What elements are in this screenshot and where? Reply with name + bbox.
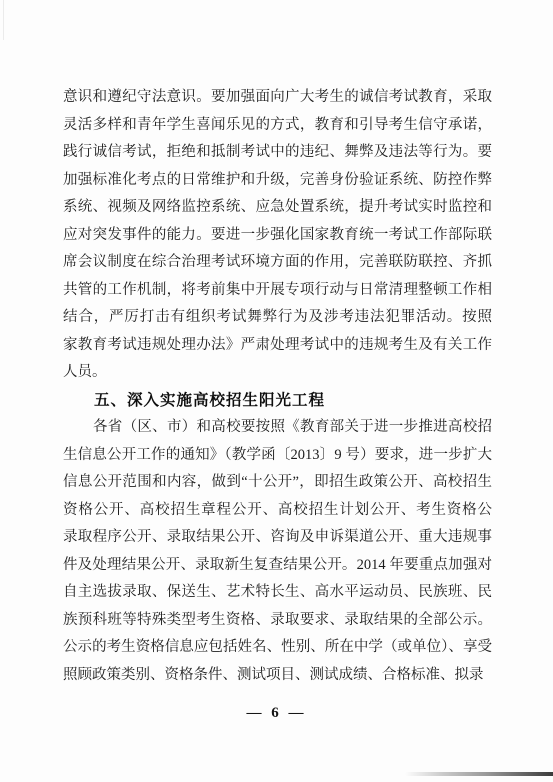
text-line: 自主选拔录取、保送生、艺术特长生、高水平运动员、民族班、民	[63, 579, 492, 607]
text-line: 灵活多样和青年学生喜闻乐见的方式，教育和引导考生信守承诺，	[63, 112, 492, 140]
text-line: 照顾政策类别、资格条件、测试项目、测试成绩、合格标准、拟录	[63, 662, 492, 690]
text-line: 应对突发事件的能力。要进一步强化国家教育统一考试工作部际联	[63, 222, 492, 250]
text-line: 加强标准化考点的日常维护和升级，完善身份验证系统、防控作弊	[63, 167, 492, 195]
text-line: 家教育考试违规处理办法》严肃处理考试中的违规考生及有关工作	[63, 332, 492, 360]
text-line: 系统、视频及网络监控系统、应急处置系统，提升考试实时监控和	[63, 194, 492, 222]
text-line: 信息公开范围和内容，做到“十公开”，即招生政策公开、高校招生	[63, 469, 492, 497]
document-text-block: 意识和遵纪守法意识。要加强面向广大考生的诚信考试教育，采取灵活多样和青年学生喜闻…	[63, 84, 492, 689]
section-heading: 五、深入实施高校招生阳光工程	[63, 387, 492, 415]
text-line: 公示的考生资格信息应包括姓名、性别、所在中学（或单位）、享受	[63, 634, 492, 662]
text-line: 结合，严厉打击有组织考试舞弊行为及涉考违法犯罪活动。按照《国	[63, 304, 492, 332]
scan-edge-line	[3, 0, 4, 40]
text-line: 族预科班等特殊类型考生资格、录取要求、录取结果的全部公示。	[63, 607, 492, 635]
text-line: 意识和遵纪守法意识。要加强面向广大考生的诚信考试教育，采取	[63, 84, 492, 112]
page-number: — 6 —	[0, 705, 553, 722]
text-line: 人员。	[63, 359, 492, 387]
text-line: 录取程序公开、录取结果公开、咨询及申诉渠道公开、重大违规事	[63, 524, 492, 552]
text-line: 各省（区、市）和高校要按照《教育部关于进一步推进高校招	[63, 414, 492, 442]
text-line: 席会议制度在综合治理考试环境方面的作用，完善联防联控、齐抓	[63, 249, 492, 277]
text-line: 资格公开、高校招生章程公开、高校招生计划公开、考生资格公开、	[63, 497, 492, 525]
text-line: 共管的工作机制，将考前集中开展专项行动与日常清理整顿工作相	[63, 277, 492, 305]
text-line: 践行诚信考试，拒绝和抵制考试中的违纪、舞弊及违法等行为。要	[63, 139, 492, 167]
scanned-document-page: 意识和遵纪守法意识。要加强面向广大考生的诚信考试教育，采取灵活多样和青年学生喜闻…	[0, 0, 553, 782]
scan-edge-shadow	[405, 772, 553, 776]
text-line: 生信息公开工作的通知》（教学函〔2013〕9 号）要求，进一步扩大	[63, 442, 492, 470]
text-line: 件及处理结果公开、录取新生复查结果公开。2014 年要重点加强对	[63, 552, 492, 580]
